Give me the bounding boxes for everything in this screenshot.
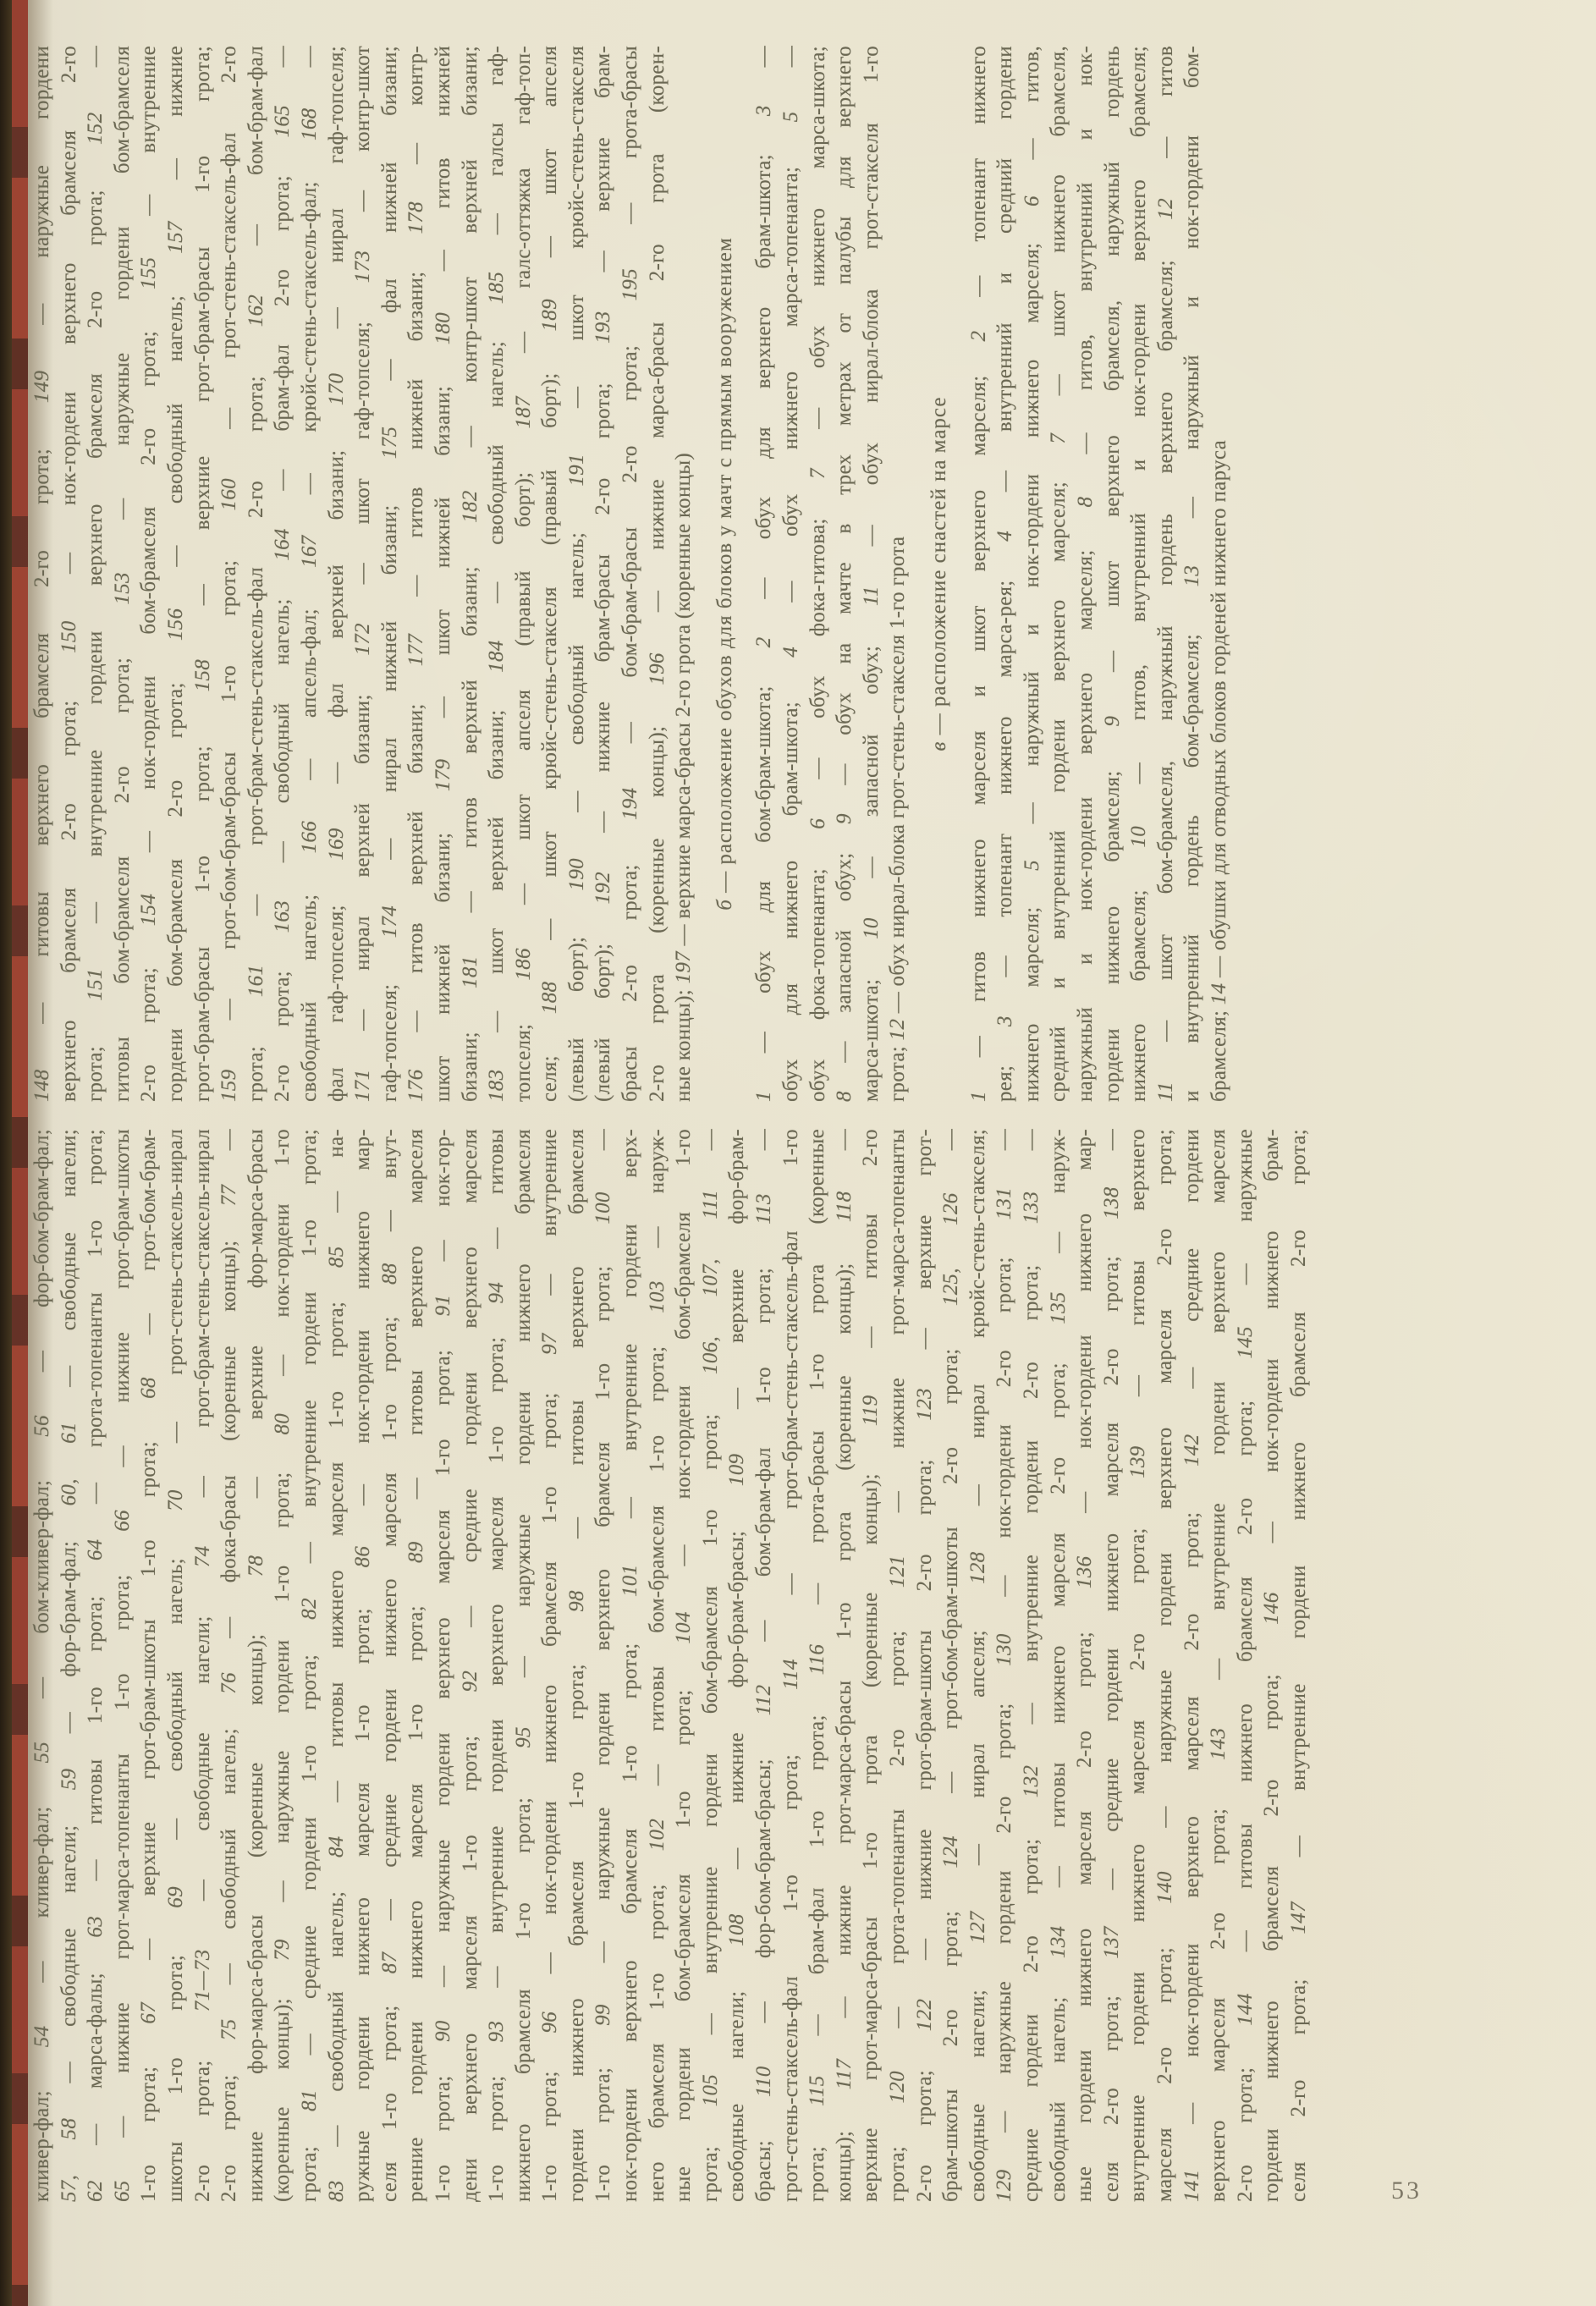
caption-line: бизани; 181 — гитов верхней бизани; 182 … <box>457 46 484 1102</box>
caption-line: 141 — нок-гордени верхнего марселя 2-го … <box>1179 1129 1206 2202</box>
caption-line: 8 — запасной обух; 9 — обух на мачте в т… <box>831 46 858 1102</box>
caption-column-left: кливер-фал; 54 — кливер-фал; 55 — бом-кл… <box>29 1129 1328 2202</box>
caption-line: селя 2-го грота; 137 — средние гордени н… <box>1098 1129 1125 2202</box>
caption-line: 183 — шкот верхней бизани; 184 — свободн… <box>483 46 510 1102</box>
caption-line: 2-го грота; 144 — гитовы нижнего брамсел… <box>1232 1129 1259 2202</box>
caption-line: 62 — марса-фалы; 63 — гитовы 1-го грота;… <box>82 1129 109 2202</box>
caption-line: 129 — наружные гордени 2-го грота; 130 —… <box>991 1129 1018 2202</box>
binding-edge <box>0 0 12 2306</box>
caption-line: 1-го грота; 67 — верхние грот-брам-шкоты… <box>135 1129 162 2202</box>
caption-line: грот-стень-стаксель-фал 1-го грота; 114 … <box>778 1129 805 2202</box>
caption-line: грот-брам-брасы 1-го грота; 158 — верхни… <box>190 46 217 1102</box>
caption-line: 57, 58 — свободные нагели; 59 — фор-брам… <box>56 1129 83 2202</box>
caption-line: 1 — обух для бом-брам-шкота; 2 — обух дл… <box>751 46 778 1102</box>
caption-line: ные гордени нижнего марселя 2-го грота; … <box>1071 1129 1098 2202</box>
caption-line: обух для нижнего брам-шкота; 4 — обух ни… <box>778 46 805 1102</box>
caption-line: (коренные концы); 79 — наружные гордени … <box>269 1129 296 2202</box>
caption-line: гаф-топселя; 174 — нирал нижней бизани; … <box>377 46 404 1102</box>
caption-line: селя 2-го грота; 147 — внутренние горден… <box>1285 1129 1313 2202</box>
caption-line: (левый борт); 192 — нижние брам-брасы 2-… <box>590 46 617 1102</box>
caption-line: брамселя; 14 — обушки для отводных блоко… <box>1206 46 1233 1102</box>
caption-line: свободные нагели; 108 — нижние фор-брам-… <box>724 1129 751 2202</box>
caption-line: селя; 188 — шкот крюйс-стень-стакселя (п… <box>537 46 564 1102</box>
caption-line: 176 — гитов верхней бизани; 177 — гитов … <box>403 46 430 1102</box>
caption-line: фал гаф-топселя; 169 — фал верхней бизан… <box>323 46 350 1102</box>
caption-line: селя 1-го грота; 87 — средние гордени ни… <box>377 1129 404 2202</box>
caption-line: верхнего марселя 2-го грота; 143 — внутр… <box>1205 1129 1232 2202</box>
caption-line: 2-го грота; 154 — нок-гордени бом-брамсе… <box>135 46 162 1102</box>
caption-line: 171 — нирал верхней бизани; 172 — шкот г… <box>349 46 377 1102</box>
caption-line: гордени нижнего брамселя 2-го грота; 146… <box>1258 1129 1285 2202</box>
caption-line: грота; 161 — грот-брам-стень-стаксель-фа… <box>243 46 270 1102</box>
caption-line: ные гордени бом-брамселя 1-го грота; 104… <box>670 1129 697 2202</box>
caption-line: нижние фор-марса-брасы (коренные концы);… <box>243 1129 270 2202</box>
book-page: кливер-фал; 54 — кливер-фал; 55 — бом-кл… <box>0 0 1596 2306</box>
section-heading-v: в — расположение снастей на марсе <box>926 46 953 1102</box>
caption-line: брасы; 110 — фор-бом-брам-брасы; 112 — б… <box>751 1129 778 2202</box>
binding-edge-red-strip <box>12 0 28 2306</box>
caption-line: нижнего марселя; 5 — наружный и нок-горд… <box>1019 46 1046 1102</box>
caption-line: рея; 3 — топенант нижнего марса-рея; 4 —… <box>992 46 1019 1102</box>
caption-line: марса-шкота; 10 — запасной обух; 11 — об… <box>858 46 885 1102</box>
caption-line: грота; 12 — обух нирал-блока грот-стень-… <box>884 46 911 1102</box>
rotated-caption-block: кливер-фал; 54 — кливер-фал; 55 — бом-кл… <box>29 46 1328 2202</box>
caption-line: обух фока-топенанта; 6 — обух фока-гитов… <box>805 46 832 1102</box>
caption-line: 1-го грота; 99 — наружные гордени верхне… <box>590 1129 617 2202</box>
caption-line: 11 — шкот бом-брамселя, наружный гордень… <box>1153 46 1180 1102</box>
caption-line: топселя; 186 — шкот апселя (правый борт)… <box>510 46 537 1102</box>
caption-line: дени верхнего марселя 1-го грота; 92 — с… <box>457 1129 484 2202</box>
caption-line: наружный и нок-гордени верхнего марселя;… <box>1072 46 1099 1102</box>
caption-line: гордени бом-брамселя 2-го грота; 156 — с… <box>162 46 190 1102</box>
caption-line: 83 — свободный нагель; 84 — гитовы нижне… <box>323 1129 350 2202</box>
caption-line: марселя 2-го грота; 140 — наружные горде… <box>1152 1129 1179 2202</box>
caption-line: ружные гордени нижнего марселя 1-го грот… <box>349 1129 377 2202</box>
caption-line: верхнего брамселя 2-го грота; 150 — нок-… <box>56 46 83 1102</box>
caption-line: 2-го грота; 163 — свободный нагель; 164 … <box>269 46 296 1102</box>
caption-line: свободный нагель; 134 — гитовы нижнего м… <box>1045 1129 1072 2202</box>
caption-line: и внутренний гордень бом-брамселя; 13 — … <box>1179 46 1206 1102</box>
caption-line: свободные нагели; 127 — нирал апселя; 12… <box>965 1129 992 2202</box>
page-number: 53 <box>1391 2177 1422 2205</box>
caption-line: 1-го грота; 96 — нок-гордени нижнего бра… <box>537 1129 564 2202</box>
caption-line: шкоты 1-го грота; 69 — свободный нагель;… <box>162 1129 190 2202</box>
caption-line: гитовы бом-брамселя 2-го грота; 153 — на… <box>109 46 136 1102</box>
caption-line: 1 — гитов нижнего марселя и шкот верхнег… <box>966 46 993 1102</box>
section-heading-b: б — расположение обухов для блоков у мач… <box>712 46 739 1102</box>
caption-line: брам-шкоты 2-го грота; 124 — грот-бом-бр… <box>938 1129 965 2202</box>
caption-line: гордени нижнего брамселя; 9 — шкот верхн… <box>1099 46 1126 1102</box>
caption-line: нок-гордени верхнего брамселя 1-го грота… <box>617 1129 644 2202</box>
caption-line: верхние грот-марса-брасы 1-го грота (кор… <box>857 1129 884 2202</box>
caption-line: кливер-фал; 54 — кливер-фал; 55 — бом-кл… <box>29 1129 56 2202</box>
caption-line: 2-го грота (коренные концы); 196 — нижни… <box>644 46 671 1102</box>
caption-line: него брамселя 1-го грота; 102 — гитовы б… <box>644 1129 671 2202</box>
caption-line: средние гордени 2-го грота; 132 — внутре… <box>1018 1129 1045 2202</box>
caption-line: 159 — грот-бом-брам-брасы 1-го грота; 16… <box>216 46 243 1102</box>
caption-line: концы); 117 — нижние грот-марса-брасы 1-… <box>831 1129 858 2202</box>
caption-line: свободный нагель; 166 — апсель-фал; 167 … <box>296 46 323 1102</box>
caption-line: 1-го грота; 93 — внутренние гордени верх… <box>483 1129 510 2202</box>
caption-line: 2-го грота; 75 — свободный нагель; 76 — … <box>216 1129 243 2202</box>
caption-line: 2-го грота; 71—73 — свободные нагели; 74… <box>190 1129 217 2202</box>
caption-line: ные концы); 197 — верхние марса-брасы 2-… <box>670 46 697 1102</box>
caption-line: 65 — нижние грот-марса-топенанты 1-го гр… <box>109 1129 136 2202</box>
caption-line: грота; 115 — брам-фал 1-го грота; 116 — … <box>804 1129 831 2202</box>
caption-line: гордени нижнего брамселя 1-го грота; 98 … <box>564 1129 591 2202</box>
caption-line: ренние гордени нижнего марселя 1-го грот… <box>403 1129 430 2202</box>
caption-line: средний и внутренний гордени верхнего ма… <box>1045 46 1072 1102</box>
caption-line: грота; 120 — грота-топенанты 2-го грота;… <box>884 1129 911 2202</box>
caption-line: 148 — гитовы верхнего брамселя 2-го грот… <box>29 46 56 1102</box>
caption-column-right: 148 — гитовы верхнего брамселя 2-го грот… <box>29 46 1328 1102</box>
caption-line: внутренние гордени нижнего марселя 2-го … <box>1125 1129 1152 2202</box>
caption-line: грота; 151 — внутренние гордени верхнего… <box>82 46 109 1102</box>
caption-line: 2-го грота; 122 — нижние грот-брам-шкоты… <box>911 1129 938 2202</box>
caption-line: шкот нижней бизани; 179 — шкот нижней би… <box>430 46 457 1102</box>
caption-line: 1-го грота; 90 — наружные гордени верхне… <box>430 1129 457 2202</box>
caption-line: брасы 2-го грота; 194 — бом-брам-брасы 2… <box>617 46 644 1102</box>
caption-line: (левый борт); 190 — свободный нагель; 19… <box>564 46 591 1102</box>
caption-line: грота; 81 — средние гордени 1-го грота; … <box>296 1129 323 2202</box>
caption-line: нижнего брамселя 1-го грота; 95 — наружн… <box>510 1129 537 2202</box>
caption-line: грота; 105 — внутренние гордени бом-брам… <box>697 1129 724 2202</box>
caption-line: нижнего брамселя; 10 — гитов, внутренний… <box>1125 46 1153 1102</box>
